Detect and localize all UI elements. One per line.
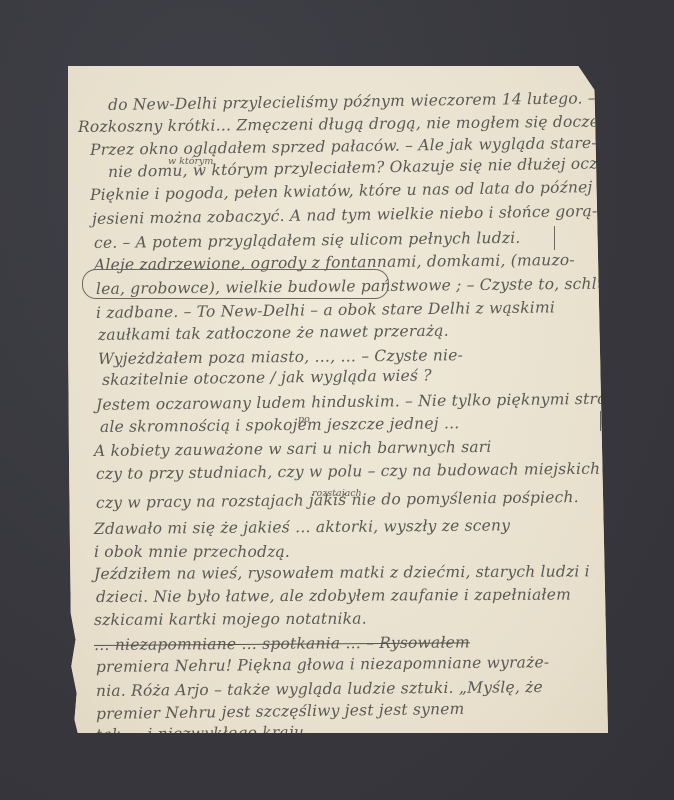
manuscript-line-26: nia. Róża Arjo – także wygląda ludzie sz… <box>96 678 543 700</box>
manuscript-line-1: do New-Delhi przylecieliśmy późnym wiecz… <box>108 89 596 114</box>
manuscript-page: do New-Delhi przylecieliśmy późnym wiecz… <box>68 66 608 733</box>
manuscript-line-5: Pięknie i pogoda, pełen kwiatów, które u… <box>90 178 593 204</box>
manuscript-line-27: premier Nehru jest szczęśliwy jest jest … <box>96 700 465 723</box>
manuscript-line-13: skazitelnie otoczone / jak wygląda wieś … <box>102 366 432 389</box>
circled-phrase-mark <box>82 269 389 299</box>
manuscript-line-2: Rozkoszny krótki… Zmęczeni długą drogą, … <box>78 112 632 136</box>
interlinear-insert: po <box>298 414 310 425</box>
manuscript-line-20: i obok mnie przechodzą. <box>94 543 290 561</box>
manuscript-line-7: ce. – A potem przyglądałem się ulicom pe… <box>94 229 521 252</box>
manuscript-line-17: czy to przy studniach, czy w polu – czy … <box>96 460 600 483</box>
manuscript-line-22: dzieci. Nie było łatwe, ale zdobyłem zau… <box>96 586 571 606</box>
manuscript-line-6: jesieni można zobaczyć. A nad tym wielki… <box>92 202 598 228</box>
manuscript-line-25: premiera Nehru! Piękna głowa i niezapomn… <box>96 653 549 676</box>
interlinear-insert: rozstajach <box>312 488 362 499</box>
manuscript-line-14: Jestem oczarowany ludem hinduskim. – Nie… <box>96 389 641 414</box>
manuscript-line-19: Zdawało mi się że jakieś … aktorki, wysz… <box>94 516 510 538</box>
manuscript-line-11: zaułkami tak zatłoczone że nawet przeraż… <box>98 322 449 344</box>
manuscript-line-15: ale skromnością i spokojem jeszcze jedne… <box>100 414 460 436</box>
manuscript-line-21: Jeździłem na wieś, rysowałem matki z dzi… <box>94 562 590 583</box>
manuscript-line-10: i zadbane. – To New-Delhi – a obok stare… <box>96 298 555 322</box>
interlinear-insert: w którym <box>168 156 213 167</box>
margin-stroke <box>600 411 601 431</box>
margin-stroke <box>554 226 555 250</box>
manuscript-line-23: szkicami kartki mojego notatnika. <box>94 610 367 629</box>
manuscript-line-24-struck: … niezapomniane … spotkania … – Rysowałe… <box>94 633 470 654</box>
manuscript-line-12: Wyjeżdżałem poza miasto, …, … – Czyste n… <box>98 346 463 368</box>
manuscript-line-16: A kobiety zauważone w sari u nich barwny… <box>94 438 492 460</box>
